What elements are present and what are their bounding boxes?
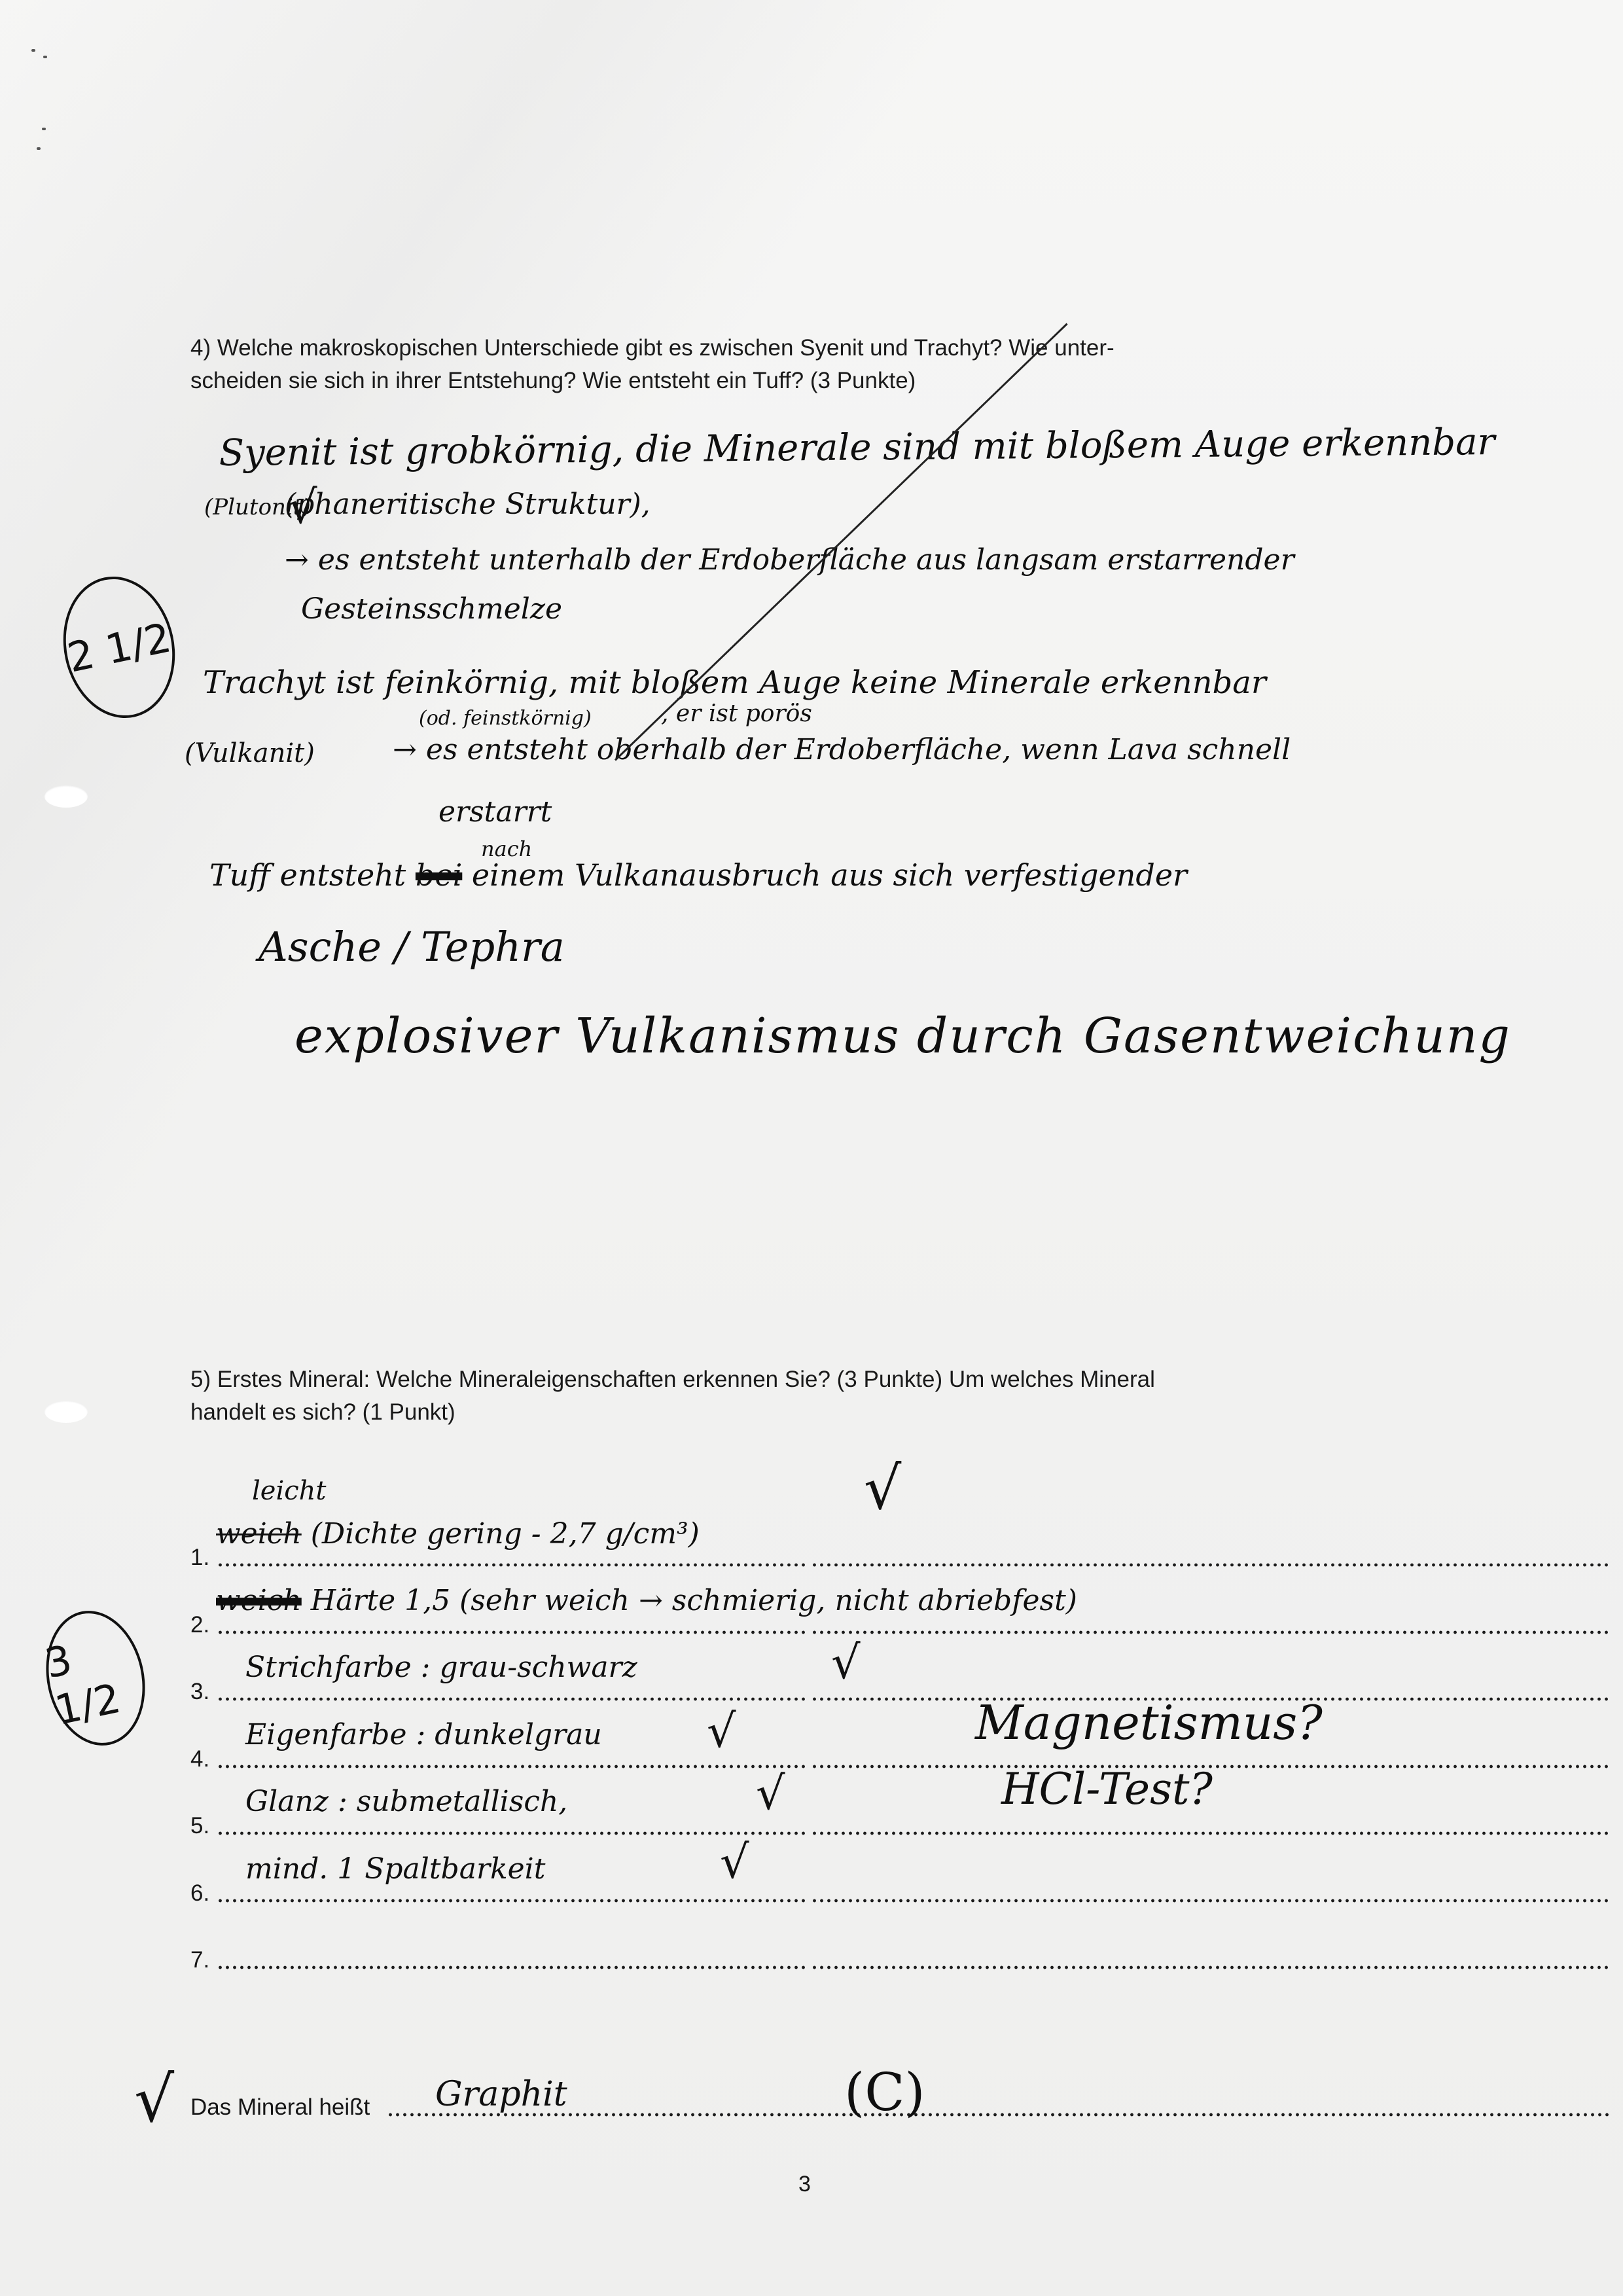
check-mark-icon: √ (864, 1460, 901, 1518)
dotted-line (217, 1765, 806, 1768)
dotted-line (217, 1831, 806, 1835)
grader-note-magnetism: Magnetismus? (975, 1695, 1323, 1750)
answer-syenit-line-3: → es entsteht unterhalb der Erdoberfläch… (285, 543, 1294, 577)
row-number: 7. (190, 1947, 209, 1973)
grader-note-explosive: explosiver Vulkanismus durch Gasentweich… (294, 1008, 1511, 1064)
grader-note-hcl-test: HCl-Test? (1001, 1764, 1213, 1814)
row-number: 5. (190, 1813, 209, 1839)
dotted-line (217, 1630, 806, 1634)
dotted-line (811, 1630, 1609, 1634)
punch-hole-top (45, 785, 88, 808)
tuff-struck-word: bei (416, 857, 462, 893)
dotted-line (217, 1563, 806, 1567)
dotted-line (387, 2113, 1611, 2117)
row-number: 4. (190, 1746, 209, 1772)
item-6-answer: mind. 1 Spaltbarkeit (245, 1852, 545, 1886)
dotted-line (217, 1965, 806, 1969)
struck-word: weich (216, 1584, 302, 1617)
page-number: 3 (798, 2172, 811, 2197)
check-mark-icon: √ (831, 1640, 861, 1685)
row-number: 6. (190, 1880, 209, 1907)
item-1-correction: leicht (252, 1476, 327, 1506)
dotted-line (217, 1697, 806, 1701)
answer-trachyt-line-3: erstarrt (438, 795, 552, 829)
scan-specks (31, 49, 51, 180)
answer-trachyt-label: (Vulkanit) (185, 738, 315, 768)
dotted-line (811, 1899, 1609, 1903)
dotted-line (811, 1563, 1609, 1567)
question-5-line-1: 5) Erstes Mineral: Welche Mineraleigensc… (190, 1363, 1454, 1396)
mineral-name-row: Das Mineral heißt (190, 2081, 1454, 2121)
question-5-line-2: handelt es sich? (1 Punkt) (190, 1396, 1454, 1429)
check-mark-icon: √ (134, 2068, 174, 2131)
tuff-start: Tuff entsteht (209, 857, 406, 893)
punch-hole-bottom (45, 1401, 88, 1423)
row-number: 3. (190, 1679, 209, 1705)
question-4-line-1: 4) Welche makroskopischen Unterschiede g… (190, 332, 1454, 365)
check-mark-icon: √ (756, 1770, 785, 1816)
item-text: Härte 1,5 (sehr weich → schmierig, nicht… (311, 1584, 1077, 1617)
score-value: 2 1/2 (63, 613, 175, 681)
item-text: (Dichte gering - 2,7 g/cm³) (311, 1517, 700, 1551)
mineral-label: Das Mineral heißt (190, 2094, 370, 2121)
item-1-answer: weich (Dichte gering - 2,7 g/cm³) (216, 1517, 700, 1551)
answer-trachyt-line-2: → es entsteht oberhalb der Erdoberfläche… (393, 733, 1291, 766)
check-mark-icon: √ (288, 484, 317, 530)
row-number: 2. (190, 1612, 209, 1638)
question-5-prompt: 5) Erstes Mineral: Welche Mineraleigensc… (190, 1363, 1454, 1429)
answer-tuff-line-2: Asche / Tephra (259, 923, 565, 971)
answer-tuff-line-1: Tuff entsteht bei einem Vulkanausbruch a… (209, 857, 1187, 893)
item-5-answer: Glanz : submetallisch, (245, 1785, 567, 1818)
question-4-prompt: 4) Welche makroskopischen Unterschiede g… (190, 332, 1454, 397)
answer-trachyt-note: (od. feinstkörnig) (419, 707, 592, 730)
answer-syenit-line-2: (phaneritische Struktur), (285, 488, 651, 521)
item-3-answer: Strichfarbe : grau-schwarz (245, 1651, 637, 1684)
item-4-answer: Eigenfarbe : dunkelgrau (245, 1718, 602, 1751)
mineral-answer: Graphit (435, 2075, 567, 2114)
answer-syenit-line-4: Gesteinsschmelze (301, 592, 562, 626)
score-value: 3 1/2 (41, 1622, 150, 1734)
tuff-end: einem Vulkanausbruch aus sich verfestige… (472, 857, 1187, 893)
answer-row-7: 7. (190, 1934, 1454, 1973)
answer-trachyt-line-1: Trachyt ist feinkörnig, mit bloßem Auge … (203, 664, 1266, 701)
struck-word: weich (216, 1517, 302, 1551)
check-mark-icon: √ (707, 1708, 736, 1754)
dotted-line (811, 1965, 1609, 1969)
row-number: 1. (190, 1545, 209, 1571)
dotted-line (217, 1899, 806, 1903)
item-2-answer: weich Härte 1,5 (sehr weich → schmierig,… (216, 1584, 1077, 1617)
answer-trachyt-porous: , er ist porös (661, 700, 812, 727)
dotted-line (811, 1831, 1609, 1835)
question-4-line-2: scheiden sie sich in ihrer Entstehung? W… (190, 365, 1454, 397)
mineral-formula: (C) (844, 2062, 925, 2123)
check-mark-icon: √ (720, 1839, 749, 1885)
